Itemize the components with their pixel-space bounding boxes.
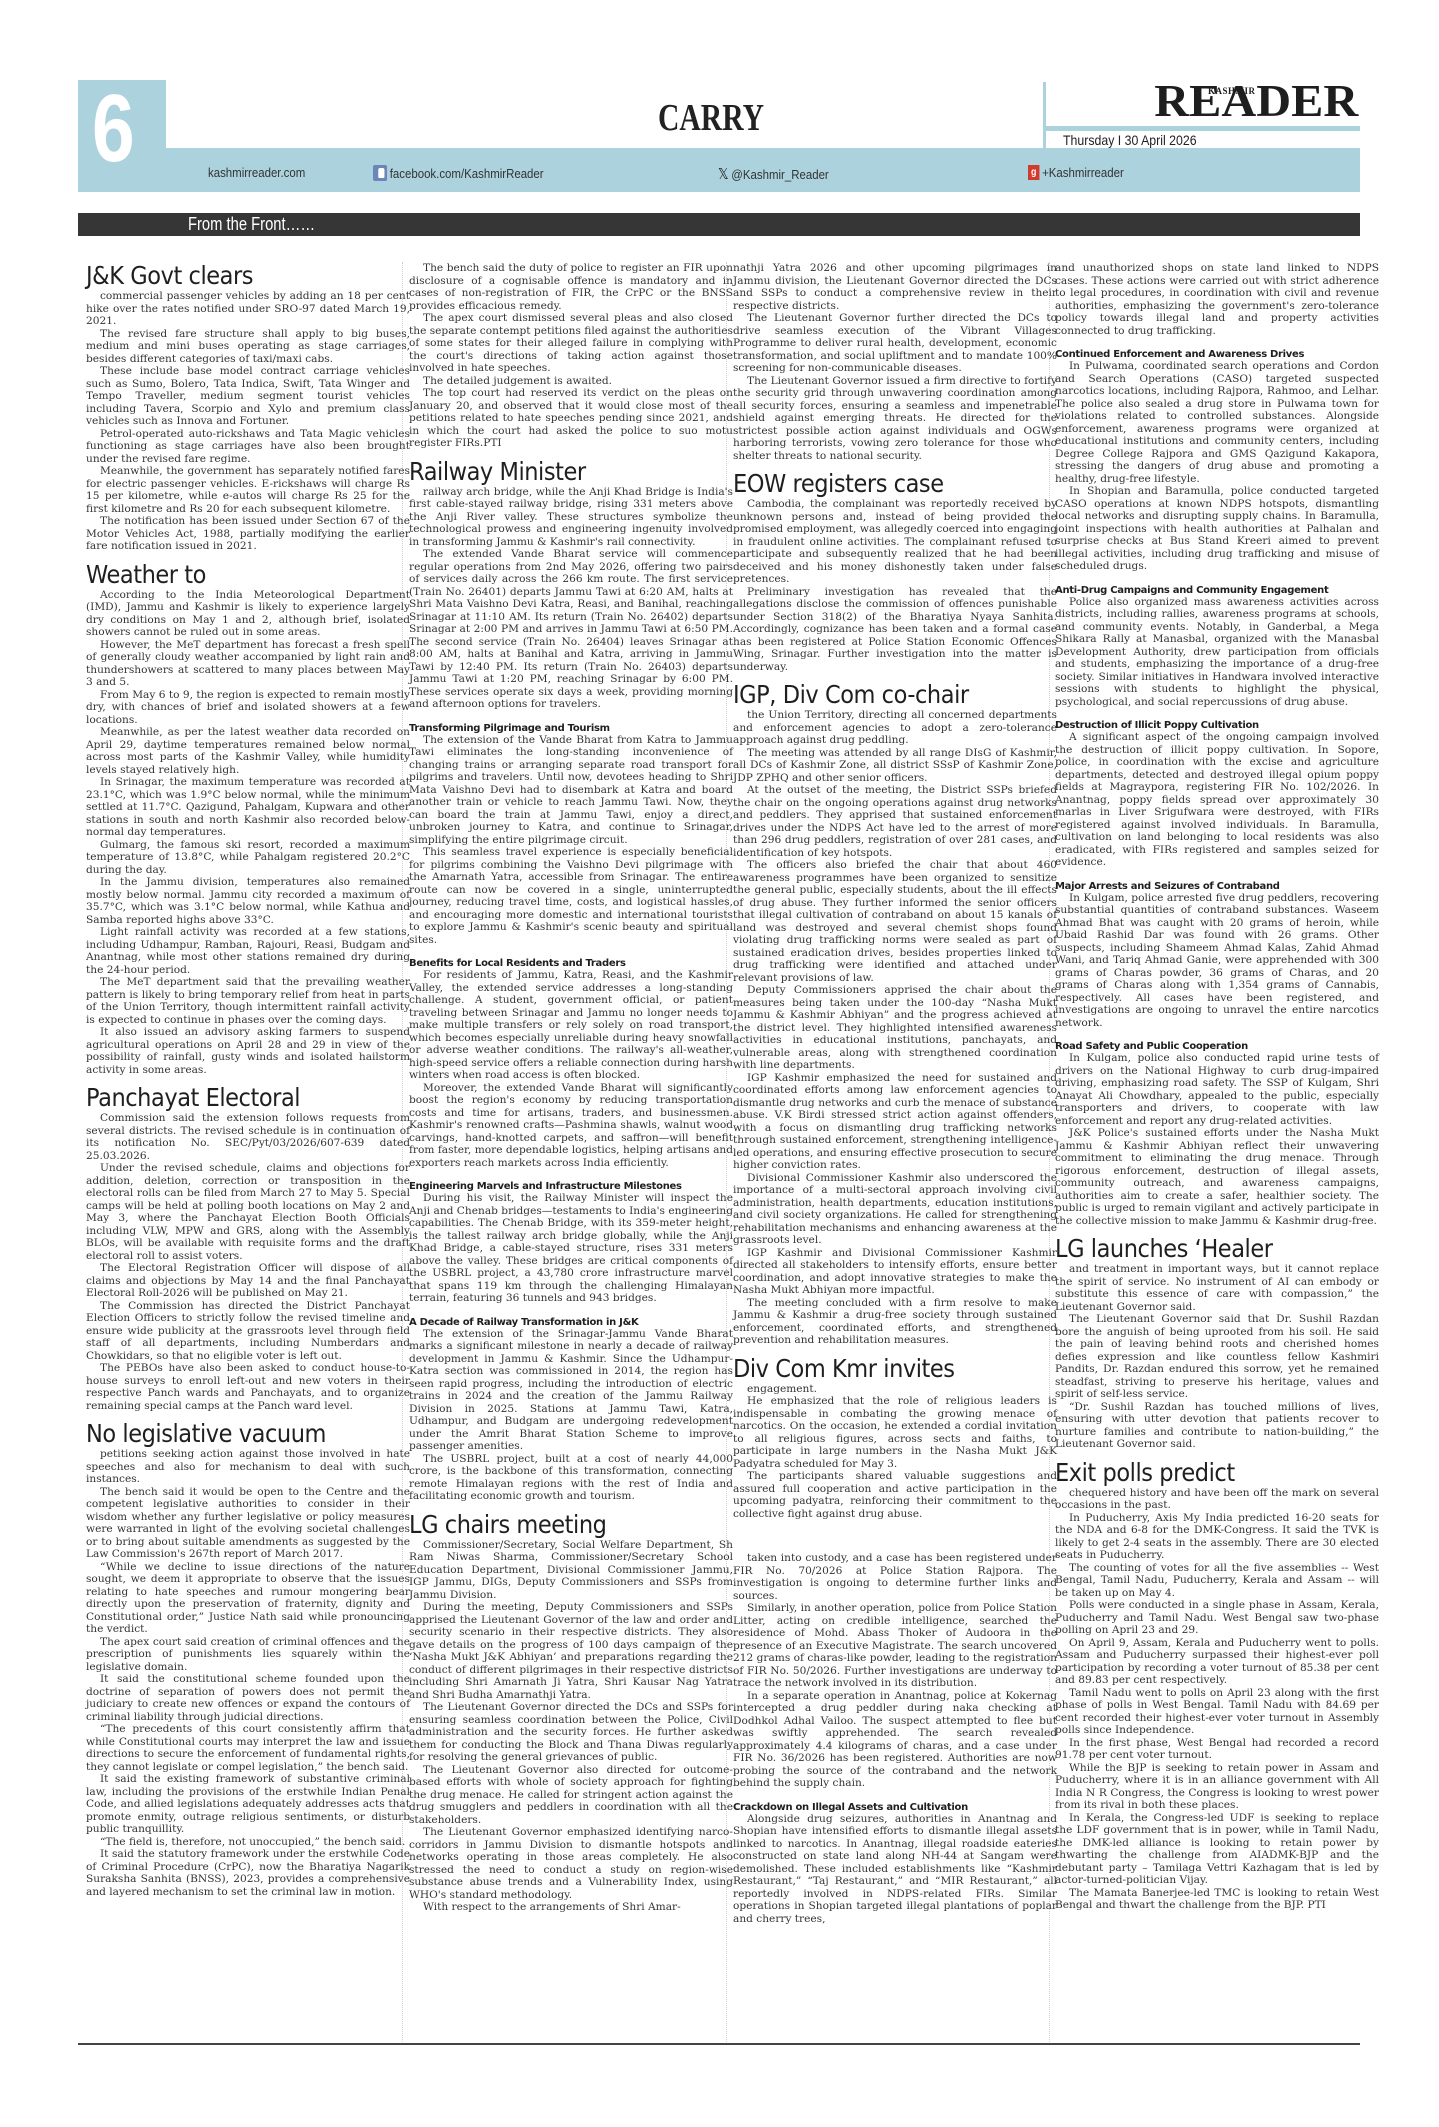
headline-weather-to[interactable]: Weather to [86,561,378,589]
paragraph: While the BJP is seeking to retain power… [1055,1762,1379,1812]
column-2: The bench said the duty of police to reg… [409,262,733,1914]
facebook-link[interactable]: facebook.com/KashmirReader [373,165,544,181]
paragraph: In Puducherry, Axis My India predicted 1… [1055,1512,1379,1562]
paragraph: Gulmarg, the famous ski resort, recorded… [86,839,410,877]
paragraph: The USBRL project, built at a cost of ne… [409,1453,733,1503]
paragraph: IGP Kashmir and Divisional Commissioner … [733,1247,1057,1297]
paragraph: The Lieutenant Governor emphasized ident… [409,1826,733,1901]
paragraph: The meeting concluded with a firm resolv… [733,1297,1057,1347]
paragraph: In Srinagar, the maximum temperature was… [86,776,410,839]
column-3: nathji Yatra 2026 and other upcoming pil… [733,262,1057,1925]
paragraph: The participants shared valuable suggest… [733,1470,1057,1520]
paragraph: IGP Kashmir emphasized the need for sust… [733,1072,1057,1172]
paragraph: The revised fare structure shall apply t… [86,328,410,366]
page-number-box: 6 [78,80,166,192]
paragraph: The Lieutenant Governor said that Dr. Su… [1055,1313,1379,1401]
paragraph: The Mamata Banerjee-led TMC is looking t… [1055,1887,1379,1912]
paragraph: Divisional Commissioner Kashmir also und… [733,1172,1057,1247]
paragraph: and treatment in important ways, but it … [1055,1263,1379,1313]
paragraph: The Lieutenant Governor directed the DCs… [409,1701,733,1764]
paragraph: It said the statutory framework under th… [86,1848,410,1898]
website-link[interactable]: kashmirreader.com [208,165,305,180]
paragraph: Under the revised schedule, claims and o… [86,1162,410,1262]
paragraph: railway arch bridge, while the Anji Khad… [409,486,733,549]
paragraph: “The precedents of this court consistent… [86,1723,410,1773]
paragraph: The PEBOs have also been asked to conduc… [86,1362,410,1412]
headline-lg-launches-healer[interactable]: LG launches ‘Healer [1055,1235,1347,1263]
paragraph: These include base model contract carria… [86,365,410,428]
paragraph: The Lieutenant Governor also directed fo… [409,1764,733,1827]
paragraph: The meeting was attended by all range DI… [733,747,1057,785]
paragraph: The Commission has directed the District… [86,1300,410,1363]
google-plus-icon: g [1028,165,1039,180]
paragraph: He emphasized that the role of religious… [733,1395,1057,1470]
paragraph: taken into custody, and a case has been … [733,1552,1057,1602]
paragraph: During his visit, the Railway Minister w… [409,1192,733,1305]
headline-railway-minister[interactable]: Railway Minister [409,458,701,486]
paragraph: In Kerala, the Congress-led UDF is seeki… [1055,1812,1379,1887]
paragraph: The extended Vande Bharat service will c… [409,548,733,711]
front-bar-label: From the Front…… [188,214,315,235]
column-4: and unauthorized shops on state land lin… [1055,262,1379,1912]
paragraph: Preliminary investigation has revealed t… [733,586,1057,674]
paragraph: In Pulwama, coordinated search operation… [1055,360,1379,485]
paragraph: From May 6 to 9, the region is expected … [86,689,410,727]
headline-no-legislative-vacuum[interactable]: No legislative vacuum [86,1420,378,1448]
headline-lg-chairs-meeting[interactable]: LG chairs meeting [409,1511,701,1539]
paragraph: chequered history and have been off the … [1055,1487,1379,1512]
paragraph: According to the India Meteorological De… [86,589,410,639]
paragraph: The Lieutenant Governor issued a firm di… [733,375,1057,463]
paragraph: The extension of the Vande Bharat from K… [409,734,733,847]
brand-name: READER [1154,74,1358,127]
twitter-link[interactable]: 𝕏 @Kashmir_Reader [718,165,829,183]
brand-prefix: KASHMIR [1208,86,1256,96]
brand-logo[interactable]: READER KASHMIR [1138,80,1358,130]
paragraph: “The field is, therefore, not unoccupied… [86,1836,410,1849]
paragraph: commercial passenger vehicles by adding … [86,290,410,328]
paragraph: The bench said it would be open to the C… [86,1486,410,1561]
paragraph: The officers also briefed the chair that… [733,859,1057,984]
subhead: Benefits for Local Residents and Traders [409,958,733,969]
masthead: 6 CARRY READER KASHMIR Thursday I 30 Apr… [78,80,1360,192]
headline-igp-div-com-co-chair[interactable]: IGP, Div Com co-chair [733,681,1025,709]
paragraph: It also issued an advisory asking farmer… [86,1026,410,1076]
subhead: Crackdown on Illegal Assets and Cultivat… [733,1802,1057,1813]
subhead: Road Safety and Public Cooperation [1055,1041,1379,1052]
paragraph: The bench said the duty of police to reg… [409,262,733,312]
issue-date: Thursday I 30 April 2026 [1063,132,1197,148]
paragraph: However, the MeT department has forecast… [86,639,410,689]
paragraph: The apex court dismissed several pleas a… [409,312,733,375]
paragraph: Alongside drug seizures, authorities in … [733,1813,1057,1926]
subhead: Engineering Marvels and Infrastructure M… [409,1181,733,1192]
paragraph: The Electoral Registration Officer will … [86,1262,410,1300]
paragraph: Meanwhile, as per the latest weather dat… [86,726,410,776]
paragraph: “While we decline to issue directions of… [86,1561,410,1636]
headline-div-com-kmr-invites[interactable]: Div Com Kmr invites [733,1355,1025,1383]
paragraph: Commission said the extension follows re… [86,1112,410,1162]
paragraph: J&K Police's sustained efforts under the… [1055,1127,1379,1227]
bottom-rule [78,2043,1360,2045]
subhead: A Decade of Railway Transformation in J&… [409,1317,733,1328]
paragraph: Police also organized mass awareness act… [1055,596,1379,709]
section-title: CARRY [658,96,764,140]
paragraph: Commissioner/Secretary, Social Welfare D… [409,1539,733,1602]
facebook-like-icon [373,165,387,181]
headline-eow-registers-case[interactable]: EOW registers case [733,470,1025,498]
paragraph: Light rainfall activity was recorded at … [86,926,410,976]
paragraph: Petrol-operated auto-rickshaws and Tata … [86,428,410,466]
page-number: 6 [92,74,133,184]
paragraph: The MeT department said that the prevail… [86,976,410,1026]
paragraph: and unauthorized shops on state land lin… [1055,262,1379,337]
paragraph: engagement. [733,1383,1057,1396]
paragraph: For residents of Jammu, Katra, Reasi, an… [409,969,733,1082]
headline-panchayat-electoral[interactable]: Panchayat Electoral [86,1084,378,1112]
paragraph: During the meeting, Deputy Commissioners… [409,1601,733,1701]
paragraph: The extension of the Srinagar-Jammu Vand… [409,1328,733,1453]
column-1: J&K Govt clears commercial passenger veh… [86,262,410,1898]
paragraph: The counting of votes for all the five a… [1055,1562,1379,1600]
paragraph: In Kulgam, police also conducted rapid u… [1055,1052,1379,1127]
paragraph: “Dr. Sushil Razdan has touched millions … [1055,1401,1379,1451]
subhead: Major Arrests and Seizures of Contraband [1055,881,1379,892]
paragraph: In Shopian and Baramulla, police conduct… [1055,485,1379,573]
subhead: Destruction of Illicit Poppy Cultivation [1055,720,1379,731]
paragraph: Cambodia, the complainant was reportedly… [733,498,1057,586]
paragraph: A significant aspect of the ongoing camp… [1055,731,1379,869]
paragraph: petitions seeking action against those i… [86,1448,410,1486]
paragraph: It said the existing framework of substa… [86,1773,410,1836]
subhead: Continued Enforcement and Awareness Driv… [1055,349,1379,360]
paragraph: the Union Territory, directing all conce… [733,709,1057,747]
paragraph: In Kulgam, police arrested five drug ped… [1055,892,1379,1030]
x-logo-icon: 𝕏 [718,165,729,183]
paragraph: In the Jammu division, temperatures also… [86,876,410,926]
paragraph: This seamless travel experience is espec… [409,846,733,946]
paragraph: In the first phase, West Bengal had reco… [1055,1737,1379,1762]
paragraph: The apex court said creation of criminal… [86,1636,410,1674]
subhead: Transforming Pilgrimage and Tourism [409,723,733,734]
paragraph: The notification has been issued under S… [86,515,410,553]
from-the-front-bar: From the Front…… [78,213,1360,236]
paragraph: The Lieutenant Governor further directed… [733,312,1057,375]
paragraph: It said the constitutional scheme founde… [86,1673,410,1723]
paragraph: Tamil Nadu went to polls on April 23 alo… [1055,1687,1379,1737]
headline-exit-polls-predict[interactable]: Exit polls predict [1055,1459,1347,1487]
paragraph: In a separate operation in Anantnag, pol… [733,1690,1057,1790]
googleplus-link[interactable]: g +Kashmirreader [1028,165,1124,180]
paragraph: Meanwhile, the government has separately… [86,465,410,515]
paragraph: Deputy Commissioners apprised the chair … [733,984,1057,1072]
paragraph: The top court had reserved its verdict o… [409,387,733,450]
paragraph: Polls were conducted in a single phase i… [1055,1599,1379,1637]
paragraph: The detailed judgement is awaited. [409,375,733,388]
headline-jk-govt-clears[interactable]: J&K Govt clears [86,262,378,290]
paragraph: At the outset of the meeting, the Distri… [733,784,1057,859]
paragraph: nathji Yatra 2026 and other upcoming pil… [733,262,1057,312]
paragraph: On April 9, Assam, Kerala and Puducherry… [1055,1637,1379,1687]
paragraph: With respect to the arrangements of Shri… [409,1901,733,1914]
paragraph: Moreover, the extended Vande Bharat will… [409,1082,733,1170]
masthead-divider [1043,82,1046,148]
subhead: Anti-Drug Campaigns and Community Engage… [1055,585,1379,596]
paragraph: Similarly, in another operation, police … [733,1602,1057,1690]
